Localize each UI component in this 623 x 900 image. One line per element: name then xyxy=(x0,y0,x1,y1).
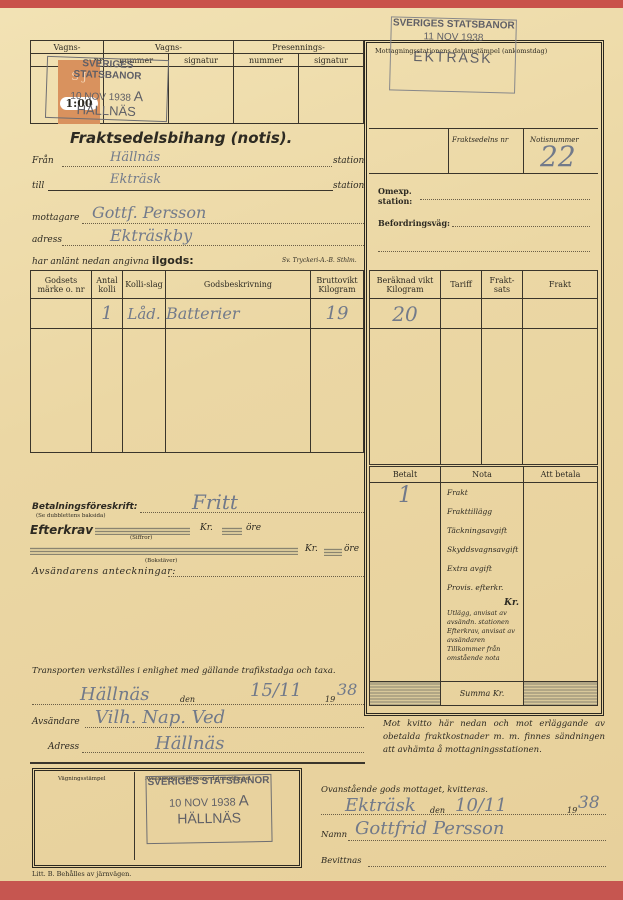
payment-value: Fritt xyxy=(192,490,238,514)
waybill-number-label: Fraktsedelns nr xyxy=(452,136,508,144)
from-value: Hällnäs xyxy=(110,150,160,165)
tarp-sub-signatur: signatur xyxy=(299,54,364,67)
receipt-name-label: Namn xyxy=(321,830,347,840)
sender-notes-label: Avsändarens anteckningar: xyxy=(32,566,176,577)
transport-statement: Transporten verkställes i enlighet med g… xyxy=(32,666,336,676)
printer-credit: Sv. Tryckeri-A.-B. Sthlm. xyxy=(282,257,357,264)
sender-address-label: Adress xyxy=(48,742,79,752)
notice-number-value: 22 xyxy=(540,140,576,173)
route-label: Befordringsväg: xyxy=(378,218,450,228)
arrived-line: har anlänt nedan angivna ilgods: xyxy=(32,254,194,267)
payment-label: Betalningsföreskrift: xyxy=(32,502,137,512)
recipient-value: Gottf. Persson xyxy=(92,203,206,222)
receiving-date-stamp: SVERIGES STATSBANOR 11 NOV 1938 EKTRÄSK xyxy=(389,16,517,93)
sender-value: Vilh. Nap. Ved xyxy=(95,707,225,728)
bottom-edge xyxy=(0,881,623,900)
tarp-sub-nummer: nummer xyxy=(233,54,298,67)
sender-label: Avsändare xyxy=(32,717,80,727)
document-title: Fraktsedelsbihang (notis). xyxy=(70,129,292,147)
from-station-label: station xyxy=(333,156,364,166)
address-label: adress xyxy=(32,235,62,245)
payment-note: (Se dubblettens baksida) xyxy=(36,513,105,519)
wagon-sub-signatur: signatur xyxy=(169,54,234,67)
nota-table: Betalt Nota Att betala 1 Frakt Frakttill… xyxy=(369,466,598,706)
receipt-name-value: Gottfrid Persson xyxy=(355,818,504,839)
goods-table: Godsets märke o. nr Antal kolli Kolli-sl… xyxy=(30,270,364,453)
sender-date-value: 15/11 xyxy=(250,680,302,701)
address-value: Ekträskby xyxy=(110,226,192,245)
cod-label: Efterkrav xyxy=(30,523,93,537)
witness-label: Bevittnas xyxy=(321,856,362,866)
received-label: Ovanstående gods mottaget, kvitteras. xyxy=(321,785,488,795)
sender-date-stamp-top: SVERIGES STATSBANOR 10 NOV 1938 A HÄLLNÄ… xyxy=(45,56,169,122)
receipt-instructions: Mot kvitto här nedan och mot erläggande … xyxy=(383,718,605,757)
dispatch-date-stamp: SVERIGES STATSBANOR 10 NOV 1938 A HÄLLNÄ… xyxy=(145,774,272,844)
from-label: Från xyxy=(32,156,54,166)
recipient-label: mottagare xyxy=(32,213,79,223)
sender-address-value: Hällnäs xyxy=(155,733,225,754)
nota-items: Frakt Frakttillägg Täckningsavgift Skydd… xyxy=(441,483,524,682)
receipt-place-value: Ekträsk xyxy=(345,795,416,816)
reexpedition-label: Omexp. station: xyxy=(378,186,418,206)
table-row: 1 Låd. Batterier 19 xyxy=(31,299,364,329)
freight-calc-table: Beräknad vikt Kilogram Tariff Frakt-sats… xyxy=(369,270,598,465)
wagon-header-2: Vagns- xyxy=(104,41,234,54)
to-station-label: station xyxy=(333,181,364,191)
receipt-date-value: 10/11 xyxy=(455,795,507,816)
wagon-header-3: Presennings- xyxy=(233,41,363,54)
document-footer: Litt. B. Behålles av järnvägen. xyxy=(32,870,131,878)
to-label: till xyxy=(32,181,44,191)
to-value: Ekträsk xyxy=(110,172,161,187)
sender-place-value: Hällnäs xyxy=(80,684,150,705)
weighing-stamp-label: Vägningsstämpel xyxy=(58,776,106,782)
wagon-header-1: Vagns- xyxy=(31,41,104,54)
